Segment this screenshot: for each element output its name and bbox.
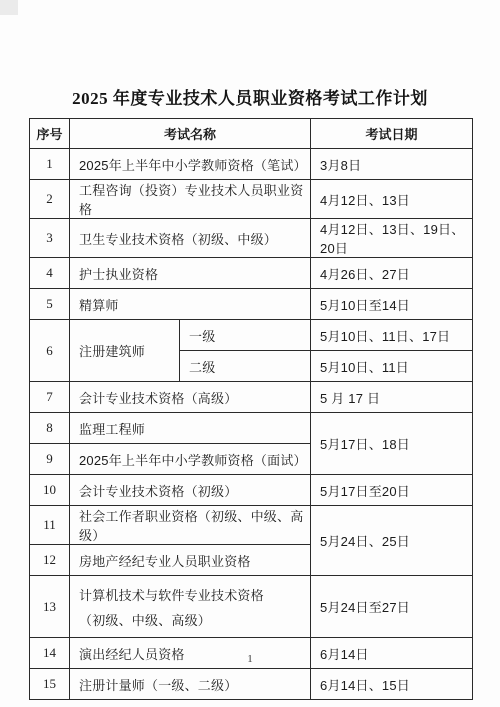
- table-row: 7 会计专业技术资格（高级） 5 月 17 日: [30, 382, 473, 413]
- cell-index: 7: [30, 382, 70, 413]
- table-row: 2 工程咨询（投资）专业技术人员职业资格 4月12日、13日: [30, 180, 473, 219]
- header-index: 序号: [30, 119, 70, 149]
- cell-index: 8: [30, 413, 70, 444]
- cell-exam-date: 5月17日、18日: [311, 413, 473, 475]
- cell-exam-name: 监理工程师: [70, 413, 311, 444]
- cell-exam-date: 5月17日至20日: [311, 475, 473, 506]
- cell-exam-name: 2025年上半年中小学教师资格（面试）: [70, 444, 311, 475]
- cell-exam-name: 计算机技术与软件专业技术资格 （初级、中级、高级）: [70, 576, 311, 638]
- exam-name-line2: （初级、中级、高级）: [79, 610, 310, 629]
- cell-exam-date: 6月14日、15日: [311, 669, 473, 700]
- cell-exam-name: 会计专业技术资格（高级）: [70, 382, 311, 413]
- scan-corner-artifact: [0, 0, 18, 15]
- cell-index: 12: [30, 545, 70, 576]
- table-row: 3 卫生专业技术资格（初级、中级） 4月12日、13日、19日、20日: [30, 219, 473, 258]
- cell-exam-name: 卫生专业技术资格（初级、中级）: [70, 219, 311, 258]
- cell-exam-date: 5月10日至14日: [311, 289, 473, 320]
- cell-exam-name: 精算师: [70, 289, 311, 320]
- table-row: 8 监理工程师 5月17日、18日: [30, 413, 473, 444]
- table-row: 4 护士执业资格 4月26日、27日: [30, 258, 473, 289]
- header-exam-date: 考试日期: [311, 119, 473, 149]
- cell-index: 2: [30, 180, 70, 219]
- cell-exam-date: 4月26日、27日: [311, 258, 473, 289]
- table-header-row: 序号 考试名称 考试日期: [30, 119, 473, 149]
- cell-exam-name: 2025年上半年中小学教师资格（笔试）: [70, 149, 311, 180]
- cell-index: 15: [30, 669, 70, 700]
- header-exam-name: 考试名称: [70, 119, 311, 149]
- cell-index: 9: [30, 444, 70, 475]
- cell-exam-date: 5月10日、11日: [311, 351, 473, 382]
- cell-exam-date: 4月12日、13日: [311, 180, 473, 219]
- table-row: 13 计算机技术与软件专业技术资格 （初级、中级、高级） 5月24日至27日: [30, 576, 473, 638]
- cell-exam-name: 会计专业技术资格（初级）: [70, 475, 311, 506]
- table-row: 5 精算师 5月10日至14日: [30, 289, 473, 320]
- cell-exam-date: 5 月 17 日: [311, 382, 473, 413]
- cell-exam-date: 4月12日、13日、19日、20日: [311, 219, 473, 258]
- cell-index: 10: [30, 475, 70, 506]
- cell-index: 1: [30, 149, 70, 180]
- cell-exam-name: 注册计量师（一级、二级）: [70, 669, 311, 700]
- page-title: 2025 年度专业技术人员职业资格考试工作计划: [0, 84, 500, 109]
- cell-exam-date: 3月8日: [311, 149, 473, 180]
- cell-exam-level: 一级: [180, 320, 311, 351]
- cell-exam-date: 5月10日、11日、17日: [311, 320, 473, 351]
- cell-exam-name: 工程咨询（投资）专业技术人员职业资格: [70, 180, 311, 219]
- cell-exam-date: 5月24日至27日: [311, 576, 473, 638]
- exam-schedule-table: 序号 考试名称 考试日期 1 2025年上半年中小学教师资格（笔试） 3月8日 …: [29, 118, 473, 700]
- cell-index: 6: [30, 320, 70, 382]
- cell-index: 13: [30, 576, 70, 638]
- cell-exam-name: 注册建筑师: [70, 320, 180, 382]
- exam-name-line1: 计算机技术与软件专业技术资格: [79, 585, 310, 604]
- cell-exam-level: 二级: [180, 351, 311, 382]
- cell-exam-date: 5月24日、25日: [311, 506, 473, 576]
- table-row: 6 注册建筑师 一级 5月10日、11日、17日: [30, 320, 473, 351]
- cell-index: 11: [30, 506, 70, 545]
- document-page: 2025 年度专业技术人员职业资格考试工作计划 序号 考试名称 考试日期 1 2…: [0, 0, 500, 707]
- table-row: 11 社会工作者职业资格（初级、中级、高级） 5月24日、25日: [30, 506, 473, 545]
- table-row: 15 注册计量师（一级、二级） 6月14日、15日: [30, 669, 473, 700]
- cell-exam-name: 护士执业资格: [70, 258, 311, 289]
- cell-index: 5: [30, 289, 70, 320]
- cell-exam-name: 房地产经纪专业人员职业资格: [70, 545, 311, 576]
- cell-index: 4: [30, 258, 70, 289]
- cell-index: 3: [30, 219, 70, 258]
- cell-exam-name: 社会工作者职业资格（初级、中级、高级）: [70, 506, 311, 545]
- table-row: 1 2025年上半年中小学教师资格（笔试） 3月8日: [30, 149, 473, 180]
- page-number: 1: [0, 653, 500, 665]
- table-row: 10 会计专业技术资格（初级） 5月17日至20日: [30, 475, 473, 506]
